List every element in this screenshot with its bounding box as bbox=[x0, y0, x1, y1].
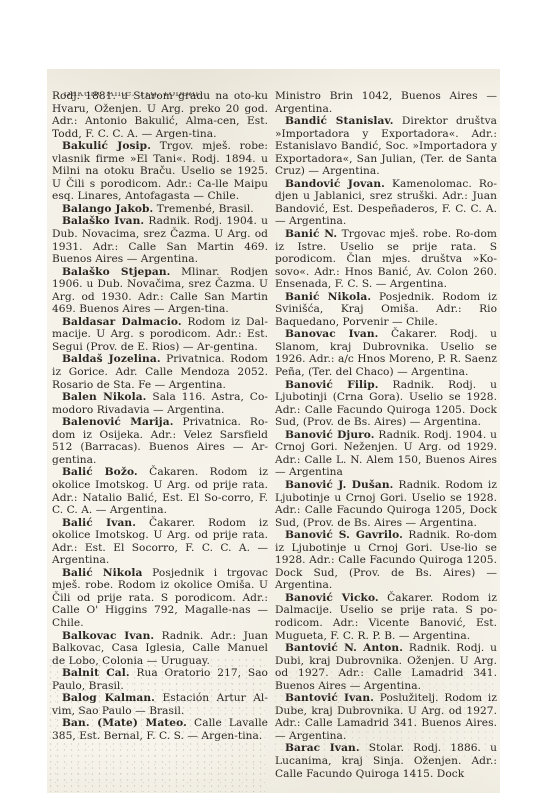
entry-name: Barac Ivan. bbox=[285, 742, 360, 754]
entry-name: Balog Kalman. bbox=[62, 692, 155, 704]
directory-entry: Bantović N. Anton. Radnik. Rodj. u Dubi,… bbox=[275, 642, 497, 692]
directory-entry: Banović J. Dušan. Radnik. Rodom iz Ljubo… bbox=[275, 479, 497, 529]
directory-entry: Balango Jakob. Tremenbé, Brasil. bbox=[52, 203, 268, 216]
entry-name: Bandić Stanislav. bbox=[285, 115, 394, 127]
entry-name: Balić Nikola bbox=[62, 567, 142, 579]
directory-entry: Balkovac Ivan. Radnik. Adr.: Juan Balkov… bbox=[52, 630, 268, 668]
entry-name: Balango Jakob. bbox=[62, 203, 153, 215]
entry-name: Banovac Ivan. bbox=[285, 328, 378, 340]
directory-entry: Rodj. 1881. u Starom gradu na oto-ku Hva… bbox=[52, 90, 268, 140]
entry-details: Tremenbé, Brasil. bbox=[153, 203, 253, 215]
directory-entry: Balaško Ivan. Radnik. Rodj. 1904. u Dub.… bbox=[52, 215, 268, 265]
directory-entry: Balnit Cal. Rua Oratorio 217, Sao Paulo,… bbox=[52, 667, 268, 692]
directory-entry: Banović Djuro. Radnik. Rodj. 1904. u Crn… bbox=[275, 429, 497, 479]
directory-entry: Banović Vicko. Čakarer. Rodom iz Dalmaci… bbox=[275, 592, 497, 642]
directory-entry: Balog Kalman. Estación Artur Al-vim, Sao… bbox=[52, 692, 268, 717]
entry-name: Bantović Ivan. bbox=[285, 692, 374, 704]
directory-entry: Banić N. Trgovac mješ. robe. Ro-dom iz I… bbox=[275, 228, 497, 291]
directory-entry: Bandović Jovan. Kamenolomac. Ro-djen u J… bbox=[275, 178, 497, 228]
entry-details: Ministro Brin 1042, Buenos Aires — Argen… bbox=[275, 90, 497, 115]
entry-name: Balkovac Ivan. bbox=[62, 630, 154, 642]
entry-name: Banić Nikola. bbox=[285, 291, 371, 303]
directory-entry: Banić Nikola. Posjednik. Rodom iz Sviniš… bbox=[275, 291, 497, 329]
directory-entry: Balić Ivan. Čakarer. Rodom iz okolice Im… bbox=[52, 517, 268, 567]
entry-name: Banović Vicko. bbox=[285, 592, 379, 604]
directory-entry: Ministro Brin 1042, Buenos Aires — Argen… bbox=[275, 90, 497, 115]
entry-name: Banić N. bbox=[285, 228, 337, 240]
entry-name: Banović Filip. bbox=[285, 379, 379, 391]
directory-entry: Balaško Stjepan. Mlinar. Rodjen 1906. u … bbox=[52, 266, 268, 316]
entry-name: Balnit Cal. bbox=[62, 667, 130, 679]
directory-entry: Bakulić Josip. Trgov. mješ. robe: vlasni… bbox=[52, 140, 268, 203]
entry-name: Ban. (Mate) Mateo. bbox=[62, 717, 187, 729]
directory-entry: Baldasar Dalmacio. Rodom iz Dal-macije. … bbox=[52, 316, 268, 354]
entry-name: Baldaš Jozelina. bbox=[62, 353, 161, 365]
entry-name: Banović S. Gavrilo. bbox=[285, 529, 403, 541]
left-column: Rodj. 1881. u Starom gradu na oto-ku Hva… bbox=[52, 90, 268, 742]
directory-entry: Balenović Marija. Privatnica. Ro-dom iz … bbox=[52, 416, 268, 466]
entry-name: Balenović Marija. bbox=[62, 416, 174, 428]
entry-name: Balen Nikola. bbox=[62, 391, 146, 403]
entry-name: Banović Djuro. bbox=[285, 429, 375, 441]
right-column: Ministro Brin 1042, Buenos Aires — Argen… bbox=[275, 90, 497, 780]
directory-entry: Ban. (Mate) Mateo. Calle Lavalle 385, Es… bbox=[52, 717, 268, 742]
entry-name: Balić Božo. bbox=[62, 466, 138, 478]
entry-name: Bandović Jovan. bbox=[285, 178, 385, 190]
entry-name: Baldasar Dalmacio. bbox=[62, 316, 182, 328]
entry-name: Bantović N. Anton. bbox=[285, 642, 403, 654]
directory-entry: Banovac Ivan. Čakarer. Rodj. u Slanom, k… bbox=[275, 328, 497, 378]
scanned-page: Bakulić Ante. Trg. robom Rodj. 1881. u S… bbox=[47, 69, 500, 793]
directory-entry: Banović Filip. Radnik. Rodj. u Ljubotinj… bbox=[275, 379, 497, 429]
entry-name: Bakulić Josip. bbox=[62, 140, 151, 152]
entry-name: Balaško Stjepan. bbox=[62, 266, 170, 278]
directory-entry: Banović S. Gavrilo. Radnik. Ro-dom iz Lj… bbox=[275, 529, 497, 592]
entry-name: Banović J. Dušan. bbox=[285, 479, 393, 491]
directory-entry: Balić Nikola Posjednik i trgovac mješ. r… bbox=[52, 567, 268, 630]
directory-entry: Baldaš Jozelina. Privatnica. Rodom iz Go… bbox=[52, 353, 268, 391]
directory-entry: Bantović Ivan. Poslužitelj. Rodom iz Dub… bbox=[275, 692, 497, 742]
entry-details: Rodj. 1881. u Starom gradu na oto-ku Hva… bbox=[52, 90, 268, 140]
directory-entry: Bandić Stanislav. Direktor društva »Impo… bbox=[275, 115, 497, 178]
directory-entry: Balen Nikola. Sala 116. Astra, Co-modoro… bbox=[52, 391, 268, 416]
directory-entry: Barac Ivan. Stolar. Rodj. 1886. u Lucani… bbox=[275, 742, 497, 780]
entry-name: Balaško Ivan. bbox=[62, 215, 144, 227]
directory-entry: Balić Božo. Čakaren. Rodom iz okolice Im… bbox=[52, 466, 268, 516]
entry-name: Balić Ivan. bbox=[62, 517, 136, 529]
